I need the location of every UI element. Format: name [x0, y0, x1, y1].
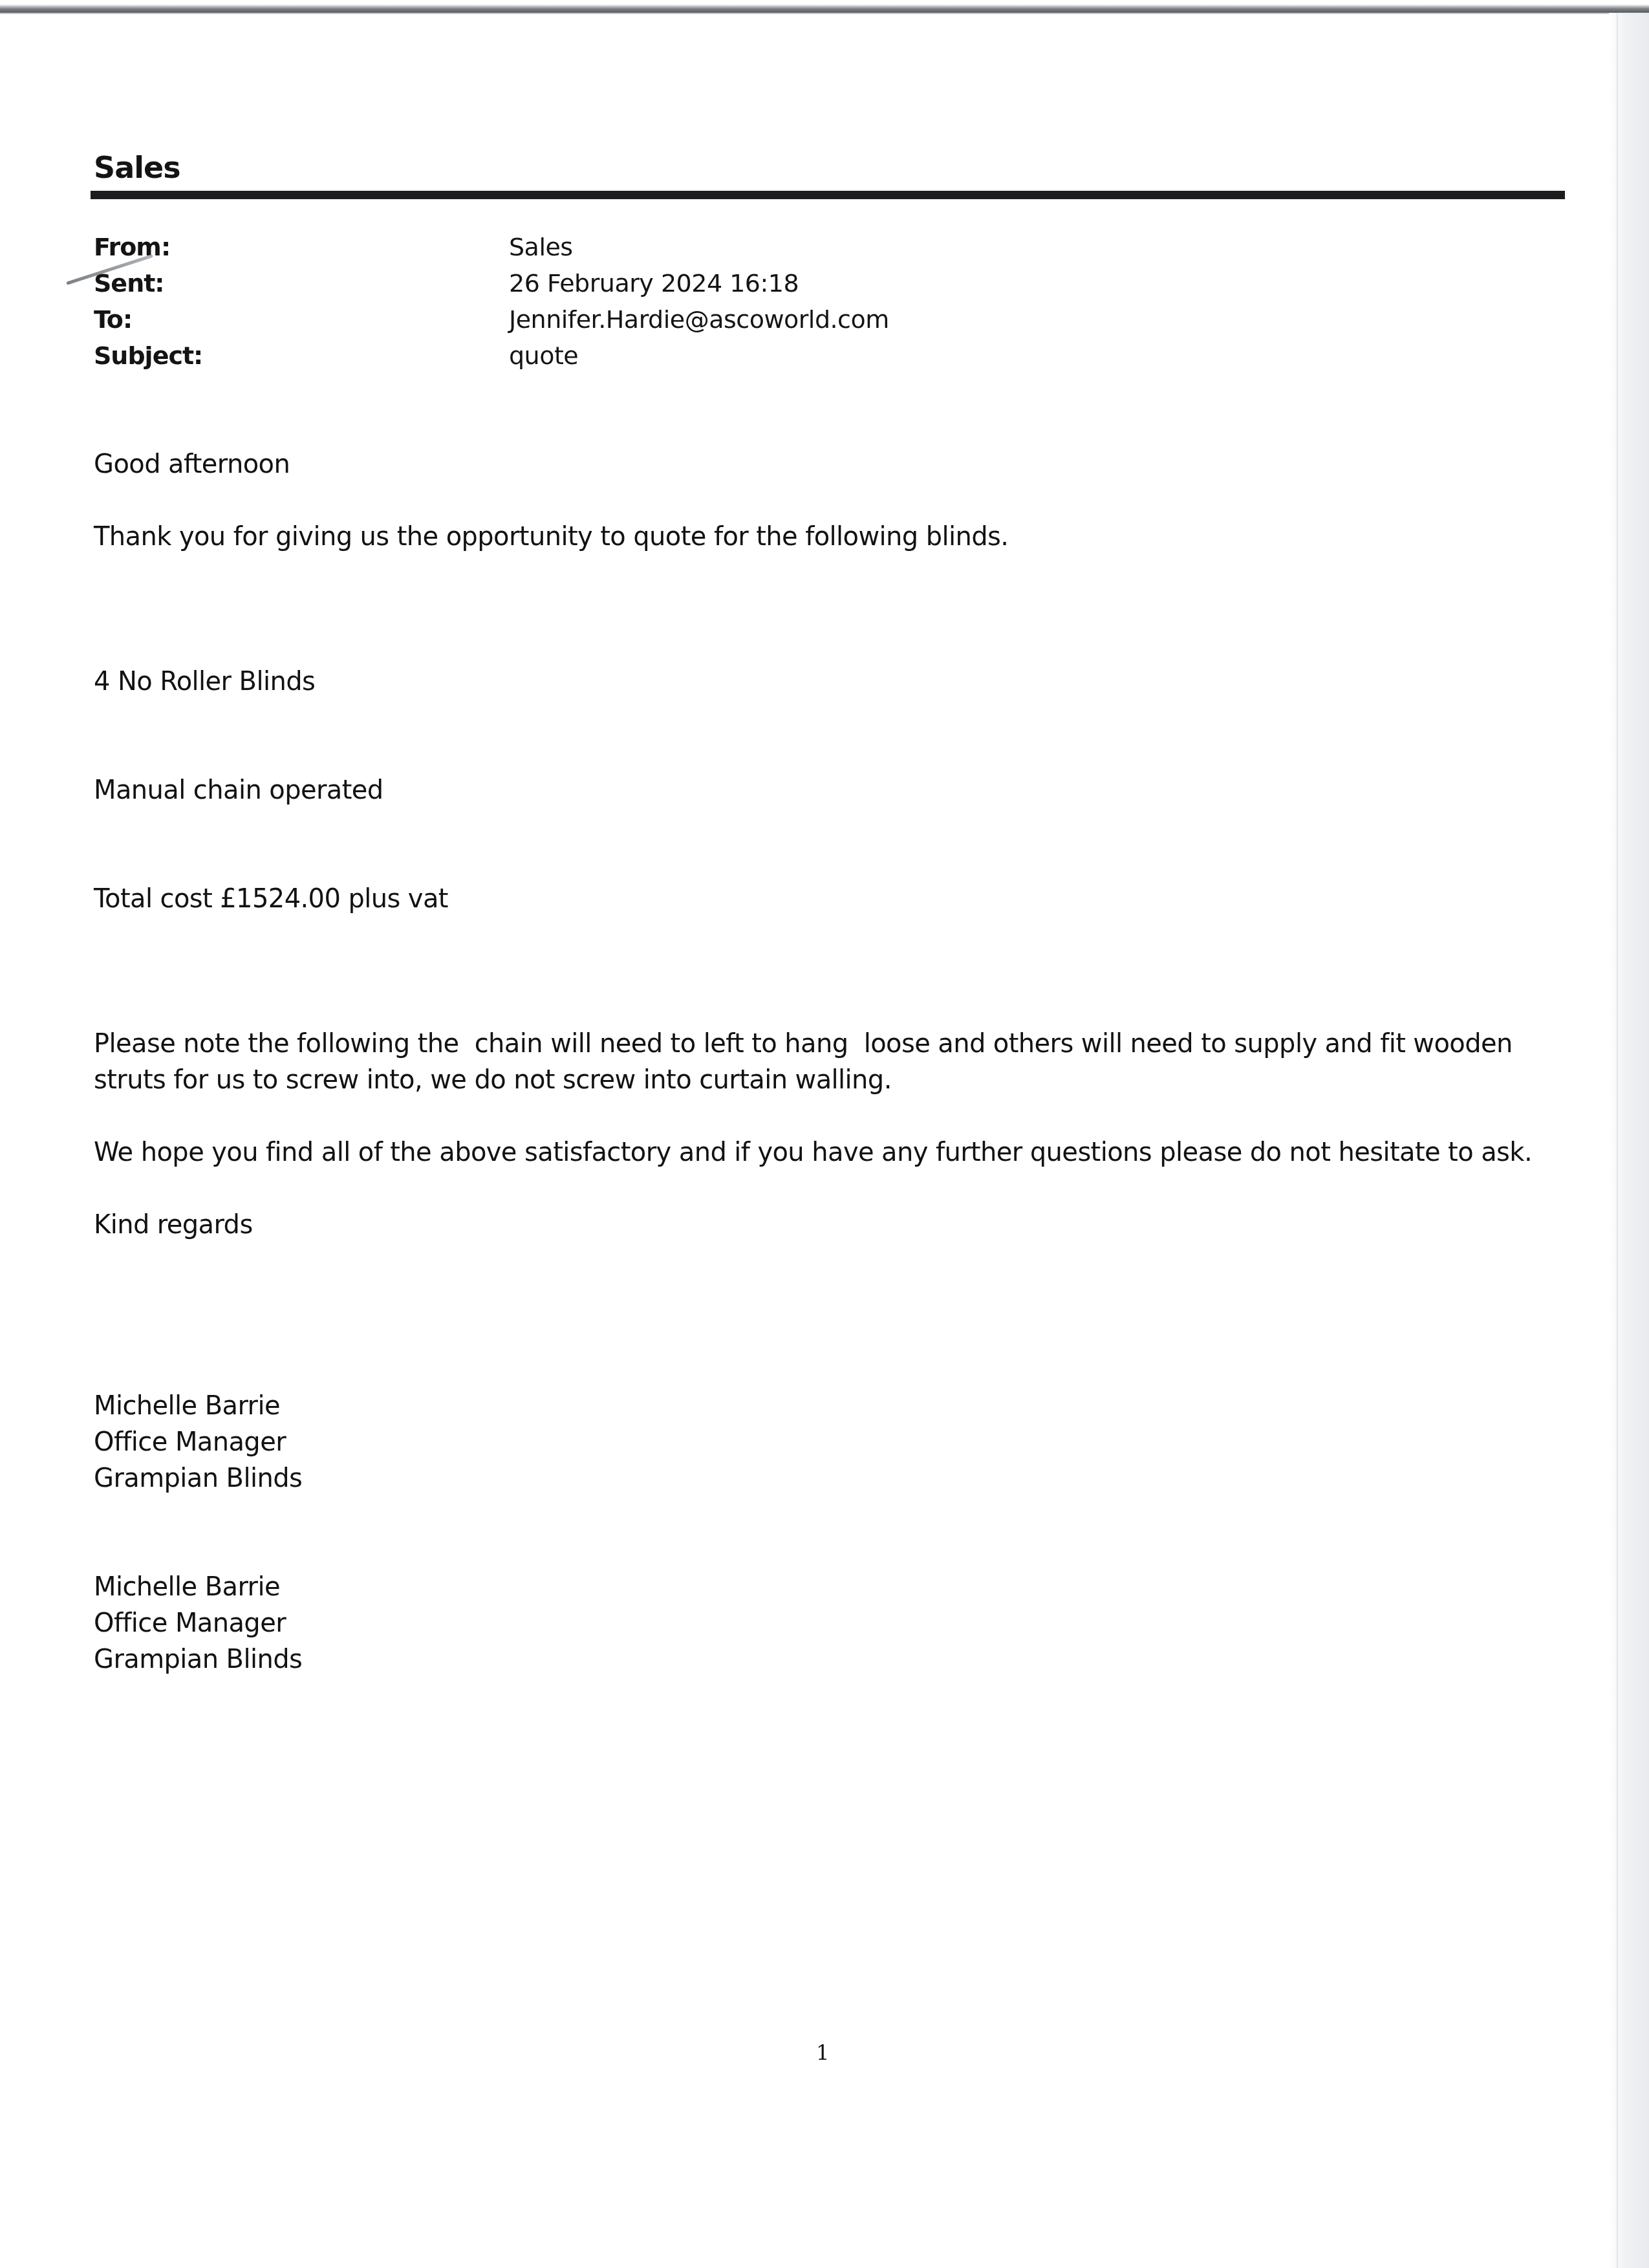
to-value: Jennifer.Hardie@ascoworld.com [509, 305, 889, 334]
sign-off: Kind regards [94, 1207, 1581, 1243]
scan-right-edge [1609, 13, 1649, 2268]
scan-right-shadow-line [1617, 13, 1618, 2268]
closing-paragraph: We hope you find all of the above satisf… [94, 1134, 1581, 1171]
signature-name: Michelle Barrie [94, 1569, 1581, 1605]
subject-value: quote [509, 341, 578, 370]
signature-company: Grampian Blinds [94, 1641, 1581, 1678]
title-divider [91, 191, 1565, 199]
signature-role: Office Manager [94, 1424, 1581, 1460]
header-row-to: To: Jennifer.Hardie@ascoworld.com [94, 305, 1064, 341]
signature-name: Michelle Barrie [94, 1388, 1581, 1424]
signature-role: Office Manager [94, 1605, 1581, 1641]
scan-top-edge [0, 0, 1649, 14]
header-row-sent: Sent: 26 February 2024 16:18 [94, 269, 1064, 305]
sent-value: 26 February 2024 16:18 [509, 269, 799, 297]
header-row-from: From: Sales [94, 233, 1064, 269]
email-body: Good afternoon Thank you for giving us t… [94, 446, 1581, 1678]
sent-label: Sent: [94, 269, 164, 297]
quote-details: 4 No Roller Blinds Manual chain operated… [94, 591, 1581, 989]
greeting: Good afternoon [94, 446, 1581, 482]
signature-block-duplicate: Michelle Barrie Office Manager Grampian … [94, 1569, 1581, 1678]
subject-label: Subject: [94, 341, 202, 370]
page-number: 1 [816, 2040, 829, 2065]
from-value: Sales [509, 233, 573, 261]
signature-block: Michelle Barrie Office Manager Grampian … [94, 1388, 1581, 1496]
quote-line-quantity: 4 No Roller Blinds [94, 664, 1581, 700]
quote-line-operation: Manual chain operated [94, 772, 1581, 808]
quote-line-total-cost: Total cost £1524.00 plus vat [94, 881, 1581, 917]
document-title: Sales [94, 150, 180, 185]
email-header: From: Sales Sent: 26 February 2024 16:18… [94, 233, 1064, 378]
intro-paragraph: Thank you for giving us the opportunity … [94, 519, 1581, 555]
header-row-subject: Subject: quote [94, 341, 1064, 378]
to-label: To: [94, 305, 132, 334]
from-label: From: [94, 233, 170, 261]
signature-company: Grampian Blinds [94, 1460, 1581, 1496]
note-paragraph: Please note the following the chain will… [94, 1026, 1581, 1098]
